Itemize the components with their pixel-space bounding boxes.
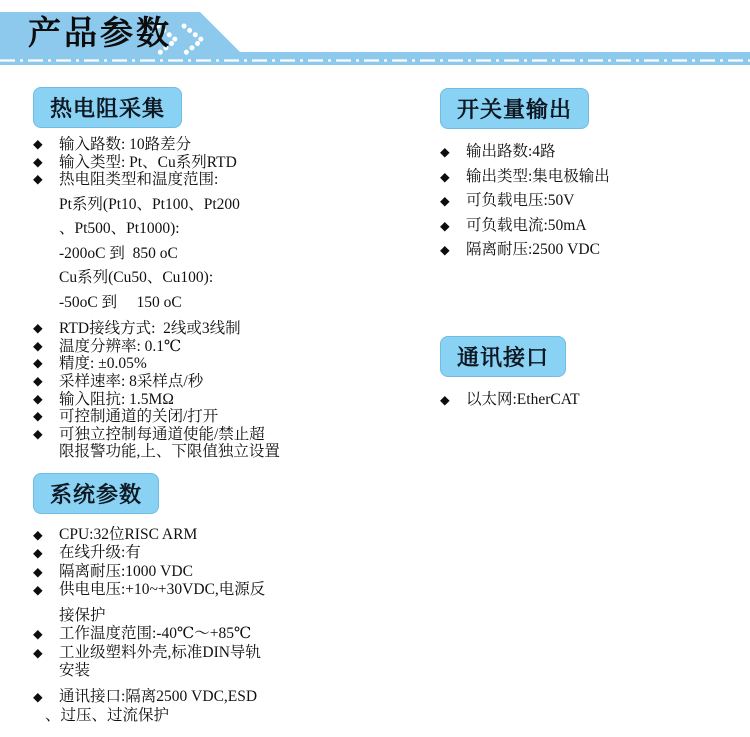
spec-item: ◆ CPU:32位RISC ARM [33, 526, 425, 544]
spec-list: ◆ 输入路数: 10路差分 ◆ 输入类型: Pt、Cu系列RTD ◆ 热电阻类型… [33, 136, 425, 461]
spec-item-text: 可独立控制每通道使能/禁止超 [59, 426, 265, 444]
spec-item-text: 安装 [59, 662, 90, 680]
diamond-bullet-icon: ◆ [440, 189, 466, 214]
diamond-bullet-icon: ◆ [33, 373, 59, 391]
spec-item: ◆ 在线升级:有 [33, 544, 425, 562]
diamond-bullet-icon: ◆ [33, 644, 59, 662]
spec-item-text: 限报警功能,上、下限值独立设置 [59, 443, 280, 461]
section-title-chip: 热电阻采集 [33, 87, 182, 128]
spec-item: ◆ 可控制通道的关闭/打开 [33, 408, 425, 426]
diamond-bullet-icon: ◆ [440, 388, 466, 413]
page-title: 产品参数 [28, 16, 172, 52]
spec-item: ◆ 采样速率: 8采样点/秒 [33, 373, 425, 391]
diamond-bullet-icon: ◆ [440, 140, 466, 165]
spec-item-text: 采样速率: 8采样点/秒 [59, 373, 203, 391]
spec-item-text: 、过压、过流保护 [45, 707, 169, 725]
spec-item: ◆ 热电阻类型和温度范围: [33, 171, 425, 189]
section-rtd-collection: 热电阻采集 ◆ 输入路数: 10路差分 ◆ 输入类型: Pt、Cu系列RTD ◆… [33, 87, 425, 461]
spec-item-text: 可负载电流:50mA [466, 214, 587, 239]
diamond-bullet-icon: ◆ [440, 214, 466, 239]
spec-item-text: 在线升级:有 [59, 544, 141, 562]
spec-item-text: 、Pt500、Pt1000): [59, 217, 180, 242]
spec-item-text: 供电电压:+10~+30VDC,电源反 [59, 581, 265, 599]
spec-item-text: 可控制通道的关闭/打开 [59, 408, 218, 426]
spec-item-text: -200oC 到 850 oC [59, 242, 178, 267]
spec-item: 、过压、过流保护 [33, 707, 425, 725]
spec-item: ◆ 输入阻抗: 1.5MΩ [33, 391, 425, 409]
spec-item-text: 隔离耐压:2500 VDC [466, 238, 600, 263]
diamond-bullet-icon: ◆ [33, 391, 59, 409]
spec-item: ◆ 可负载电流:50mA [440, 214, 740, 239]
diamond-bullet-icon: ◆ [33, 171, 59, 189]
spec-item: -200oC 到 850 oC [33, 242, 425, 267]
spec-item: ◆ 以太网:EtherCAT [440, 388, 740, 413]
diamond-bullet-icon: ◆ [33, 136, 59, 154]
section-title-chip: 通讯接口 [440, 336, 566, 377]
spec-item-text: 输出类型:集电极输出 [466, 165, 610, 190]
spec-item-text: -50oC 到 150 oC [59, 291, 182, 316]
spec-item: ◆ 输入类型: Pt、Cu系列RTD [33, 154, 425, 172]
diamond-bullet-icon: ◆ [33, 544, 59, 562]
spec-item: ◆ 输入路数: 10路差分 [33, 136, 425, 154]
spec-item: ◆ 通讯接口:隔离2500 VDC,ESD [33, 688, 425, 706]
spec-item: ◆ 工业级塑料外壳,标准DIN导轨 [33, 644, 425, 662]
spec-item-text: 输入阻抗: 1.5MΩ [59, 391, 174, 409]
spec-item: ◆ 供电电压:+10~+30VDC,电源反 [33, 581, 425, 599]
spec-item: Cu系列(Cu50、Cu100): [33, 266, 425, 291]
spec-item-text: CPU:32位RISC ARM [59, 526, 197, 544]
spec-item: Pt系列(Pt10、Pt100、Pt200 [33, 193, 425, 218]
spec-item-text: 输出路数:4路 [466, 140, 556, 165]
spec-item: ◆ 可负载电压:50V [440, 189, 740, 214]
section-title-chip: 开关量输出 [440, 88, 589, 129]
section-title-chip: 系统参数 [33, 473, 159, 514]
spec-list: ◆ CPU:32位RISC ARM ◆ 在线升级:有 ◆ 隔离耐压:1000 V… [33, 526, 425, 725]
spec-item-text: 接保护 [59, 607, 106, 625]
spec-item: 限报警功能,上、下限值独立设置 [33, 443, 425, 461]
spec-item-text: 隔离耐压:1000 VDC [59, 563, 193, 581]
spec-item-text: 通讯接口:隔离2500 VDC,ESD [59, 688, 257, 706]
diamond-bullet-icon: ◆ [33, 355, 59, 373]
diamond-bullet-icon: ◆ [33, 154, 59, 172]
spec-item: 安装 [33, 662, 425, 680]
spec-item-text: 输入类型: Pt、Cu系列RTD [59, 154, 237, 172]
spec-item: ◆ 隔离耐压:2500 VDC [440, 238, 740, 263]
spec-item-text: 工作温度范围:-40℃～+85℃ [59, 625, 251, 643]
spec-item: -50oC 到 150 oC [33, 291, 425, 316]
diamond-bullet-icon: ◆ [33, 320, 59, 338]
spec-item: ◆ RTD接线方式: 2线或3线制 [33, 320, 425, 338]
diamond-bullet-icon: ◆ [33, 688, 59, 706]
spec-item: ◆ 输出类型:集电极输出 [440, 165, 740, 190]
spec-list: ◆ 输出路数:4路 ◆ 输出类型:集电极输出 ◆ 可负载电压:50V ◆ 可负载… [440, 140, 740, 263]
spec-item-text: 以太网:EtherCAT [466, 388, 580, 413]
diamond-bullet-icon: ◆ [33, 526, 59, 544]
spec-item: ◆ 可独立控制每通道使能/禁止超 [33, 426, 425, 444]
diamond-bullet-icon: ◆ [33, 581, 59, 599]
diamond-bullet-icon: ◆ [440, 238, 466, 263]
spec-item: ◆ 精度: ±0.05% [33, 355, 425, 373]
spec-item: ◆ 温度分辨率: 0.1℃ [33, 338, 425, 356]
spec-item: ◆ 隔离耐压:1000 VDC [33, 563, 425, 581]
spec-item-text: Pt系列(Pt10、Pt100、Pt200 [59, 193, 240, 218]
spec-item-text: 热电阻类型和温度范围: [59, 171, 218, 189]
diamond-bullet-icon: ◆ [33, 408, 59, 426]
diamond-bullet-icon: ◆ [33, 338, 59, 356]
diamond-bullet-icon: ◆ [33, 563, 59, 581]
spec-item-text: 输入路数: 10路差分 [59, 136, 191, 154]
header-banner: 产品参数 [0, 0, 750, 70]
spec-item: ◆ 输出路数:4路 [440, 140, 740, 165]
diamond-bullet-icon: ◆ [33, 426, 59, 444]
spec-item: 、Pt500、Pt1000): [33, 217, 425, 242]
section-system-params: 系统参数 ◆ CPU:32位RISC ARM ◆ 在线升级:有 ◆ 隔离耐压:1… [33, 473, 425, 725]
diamond-bullet-icon: ◆ [440, 165, 466, 190]
spec-item-text: RTD接线方式: 2线或3线制 [59, 320, 241, 338]
spec-item-text: 精度: ±0.05% [59, 355, 147, 373]
spec-item-text: 可负载电压:50V [466, 189, 575, 214]
spec-item-text: 温度分辨率: 0.1℃ [59, 338, 181, 356]
product-spec-page: { "header": { "title": "产品参数", "banner_c… [0, 0, 750, 737]
section-switch-output: 开关量输出 ◆ 输出路数:4路 ◆ 输出类型:集电极输出 ◆ 可负载电压:50V… [440, 88, 740, 263]
spec-item: ◆ 工作温度范围:-40℃～+85℃ [33, 625, 425, 643]
section-comm-interface: 通讯接口 ◆ 以太网:EtherCAT [440, 336, 740, 413]
diamond-bullet-icon: ◆ [33, 625, 59, 643]
spec-item: 接保护 [33, 607, 425, 625]
spec-list: ◆ 以太网:EtherCAT [440, 388, 740, 413]
spec-item-text: 工业级塑料外壳,标准DIN导轨 [59, 644, 261, 662]
spec-item-text: Cu系列(Cu50、Cu100): [59, 266, 213, 291]
